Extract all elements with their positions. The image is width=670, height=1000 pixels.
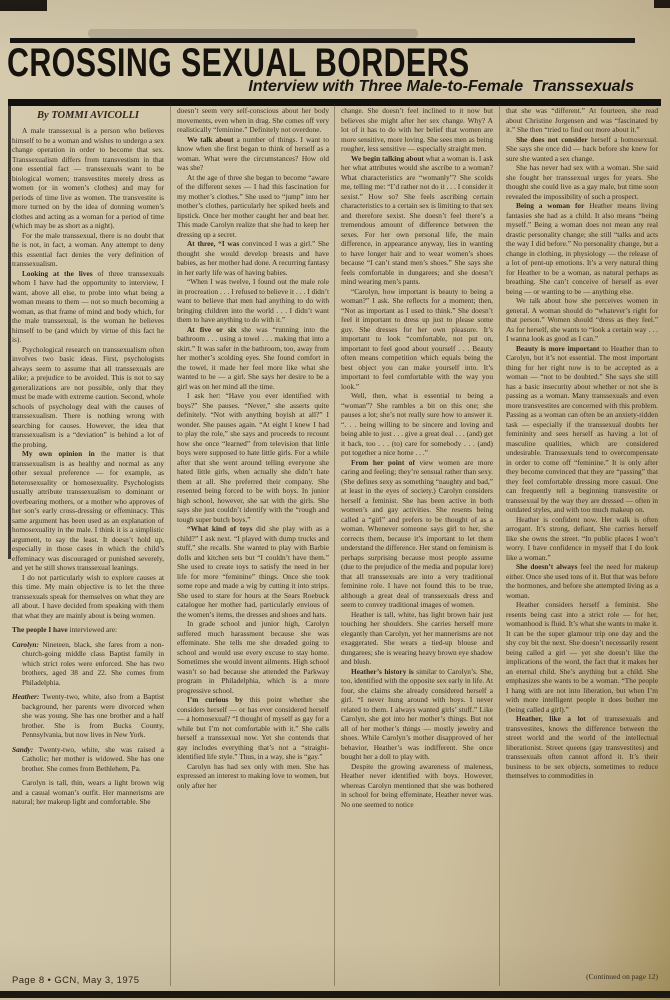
paragraph: We talk about how she perceives women in… <box>506 296 658 344</box>
paragraph: Heather is confident now. Her walk is of… <box>506 515 658 563</box>
paragraph-lead: At five or six <box>187 325 236 334</box>
paragraph-lead: My own opinion in <box>22 449 95 458</box>
paragraph: At three, “I was convinced I was a girl.… <box>177 239 329 277</box>
paragraph-lead: At three, “I was <box>187 239 239 248</box>
scan-corner-mark-left <box>0 0 47 11</box>
paragraph: “When I was twelve, I found out the male… <box>177 277 329 325</box>
page-footer: Page 8 • GCN, May 3, 1975 <box>12 975 139 986</box>
paragraph: Carolyn: Nineteen, black, she fares from… <box>12 640 164 688</box>
paragraph-lead: Sandy: <box>12 745 33 754</box>
page-edge-line <box>8 104 11 559</box>
scan-smudge <box>88 29 418 38</box>
paragraph: Despite the growing awareness of malenes… <box>341 762 493 810</box>
paragraph: We begin talking about what a woman is. … <box>341 154 493 287</box>
headline: CROSSING SEXUAL BORDERS <box>7 43 470 83</box>
subheadline: Interview with Three Male-to-Female Tran… <box>248 78 634 96</box>
paragraph: My own opinion in the matter is that tra… <box>12 449 164 573</box>
column-rule <box>499 104 500 986</box>
paragraph: “What kind of toys did she play with as … <box>177 524 329 619</box>
paragraph: The people I have interviewed are: <box>12 625 164 635</box>
paragraph: At five or six she was “running into the… <box>177 325 329 392</box>
paragraph: Heather: Twenty-two, white, also from a … <box>12 692 164 740</box>
paragraph: Well, then, what is essential to being a… <box>341 391 493 458</box>
paragraph: “Carolyn, how important is beauty to bei… <box>341 287 493 392</box>
paragraph-lead: The people I have <box>12 625 68 634</box>
column-rule <box>170 104 171 986</box>
paragraph-lead: We begin talking about <box>351 154 424 163</box>
paragraph-lead: We talk about <box>187 135 234 144</box>
paragraph: I ask her: “Have you ever identified wit… <box>177 391 329 524</box>
paragraph: Looking at the lives of three transsexua… <box>12 269 164 345</box>
paragraph: change. She doesn’t feel inclined to it … <box>341 106 493 154</box>
paragraph-lead: Carolyn: <box>12 640 39 649</box>
paragraph: Carolyn has had sex only with men. She h… <box>177 762 329 791</box>
paragraph-lead: Heather’s history is <box>351 667 414 676</box>
paragraph-lead: Heather: <box>12 692 39 701</box>
continued-note: (Continued on page 12) <box>506 972 658 981</box>
paragraph: Carolyn is tall, thin, wears a light bro… <box>12 778 164 807</box>
paragraph-lead: She doesn’t always <box>516 562 577 571</box>
paragraph-lead: “What kind of toys <box>187 524 252 533</box>
paragraph: doesn’t seem very self-conscious about h… <box>177 106 329 135</box>
paragraph: A male transsexual is a person who belie… <box>12 126 164 231</box>
paragraph: For the male transsexual, there is no do… <box>12 231 164 269</box>
paragraph-lead: From her point of <box>351 458 415 467</box>
paragraph-lead: Being a woman for <box>516 201 584 210</box>
paragraph-lead: Looking at the lives <box>22 269 93 278</box>
paragraph: At the age of three she began to become … <box>177 173 329 240</box>
paragraph: She does not consider herself a homosexu… <box>506 135 658 164</box>
paragraph-lead: Beauty is more important <box>516 344 599 353</box>
paragraph: We talk about a number of things. I want… <box>177 135 329 173</box>
scan-corner-mark-right <box>654 0 670 8</box>
paragraph: Psychological research on transsexualism… <box>12 345 164 450</box>
paragraph: Being a woman for Heather means living f… <box>506 201 658 296</box>
paragraph: Heather is tall, white, has light brown … <box>341 610 493 667</box>
paragraph: Sandy: Twenty-two, white, she was raised… <box>12 745 164 774</box>
paragraph: She has never had sex with a woman. She … <box>506 163 658 201</box>
paragraph: Beauty is more important to Heather than… <box>506 344 658 515</box>
column-rule <box>334 104 335 986</box>
paragraph: From her point of view women are more ca… <box>341 458 493 610</box>
article-column-4: that she was “different.” At fourteen, s… <box>506 106 658 968</box>
paragraph: In grade school and junior high, Carolyn… <box>177 619 329 695</box>
paragraph: Heather’s history is similar to Carolyn’… <box>341 667 493 762</box>
paragraph: Heather considers herself a feminist. Sh… <box>506 600 658 714</box>
article-column-3: change. She doesn’t feel inclined to it … <box>341 106 493 986</box>
paragraph-lead: I’m curious by <box>187 695 243 704</box>
paragraph: Heather, like a lot of transsexuals and … <box>506 714 658 781</box>
article-column-1: By TOMMI AVICOLLI A male transsexual is … <box>12 106 164 972</box>
paragraph: I’m curious by this point whether she co… <box>177 695 329 762</box>
paragraph: She doesn’t always feel the need for mak… <box>506 562 658 600</box>
paragraph-lead: She does not consider <box>516 135 588 144</box>
byline: By TOMMI AVICOLLI <box>12 109 164 122</box>
article-column-2: doesn’t seem very self-conscious about h… <box>177 106 329 986</box>
paragraph: that she was “different.” At fourteen, s… <box>506 106 658 135</box>
paragraph-lead: Heather, like a lot <box>516 714 586 723</box>
paragraph: I do not particularly wish to explore ca… <box>12 573 164 621</box>
page-bottom-rule <box>0 991 670 998</box>
